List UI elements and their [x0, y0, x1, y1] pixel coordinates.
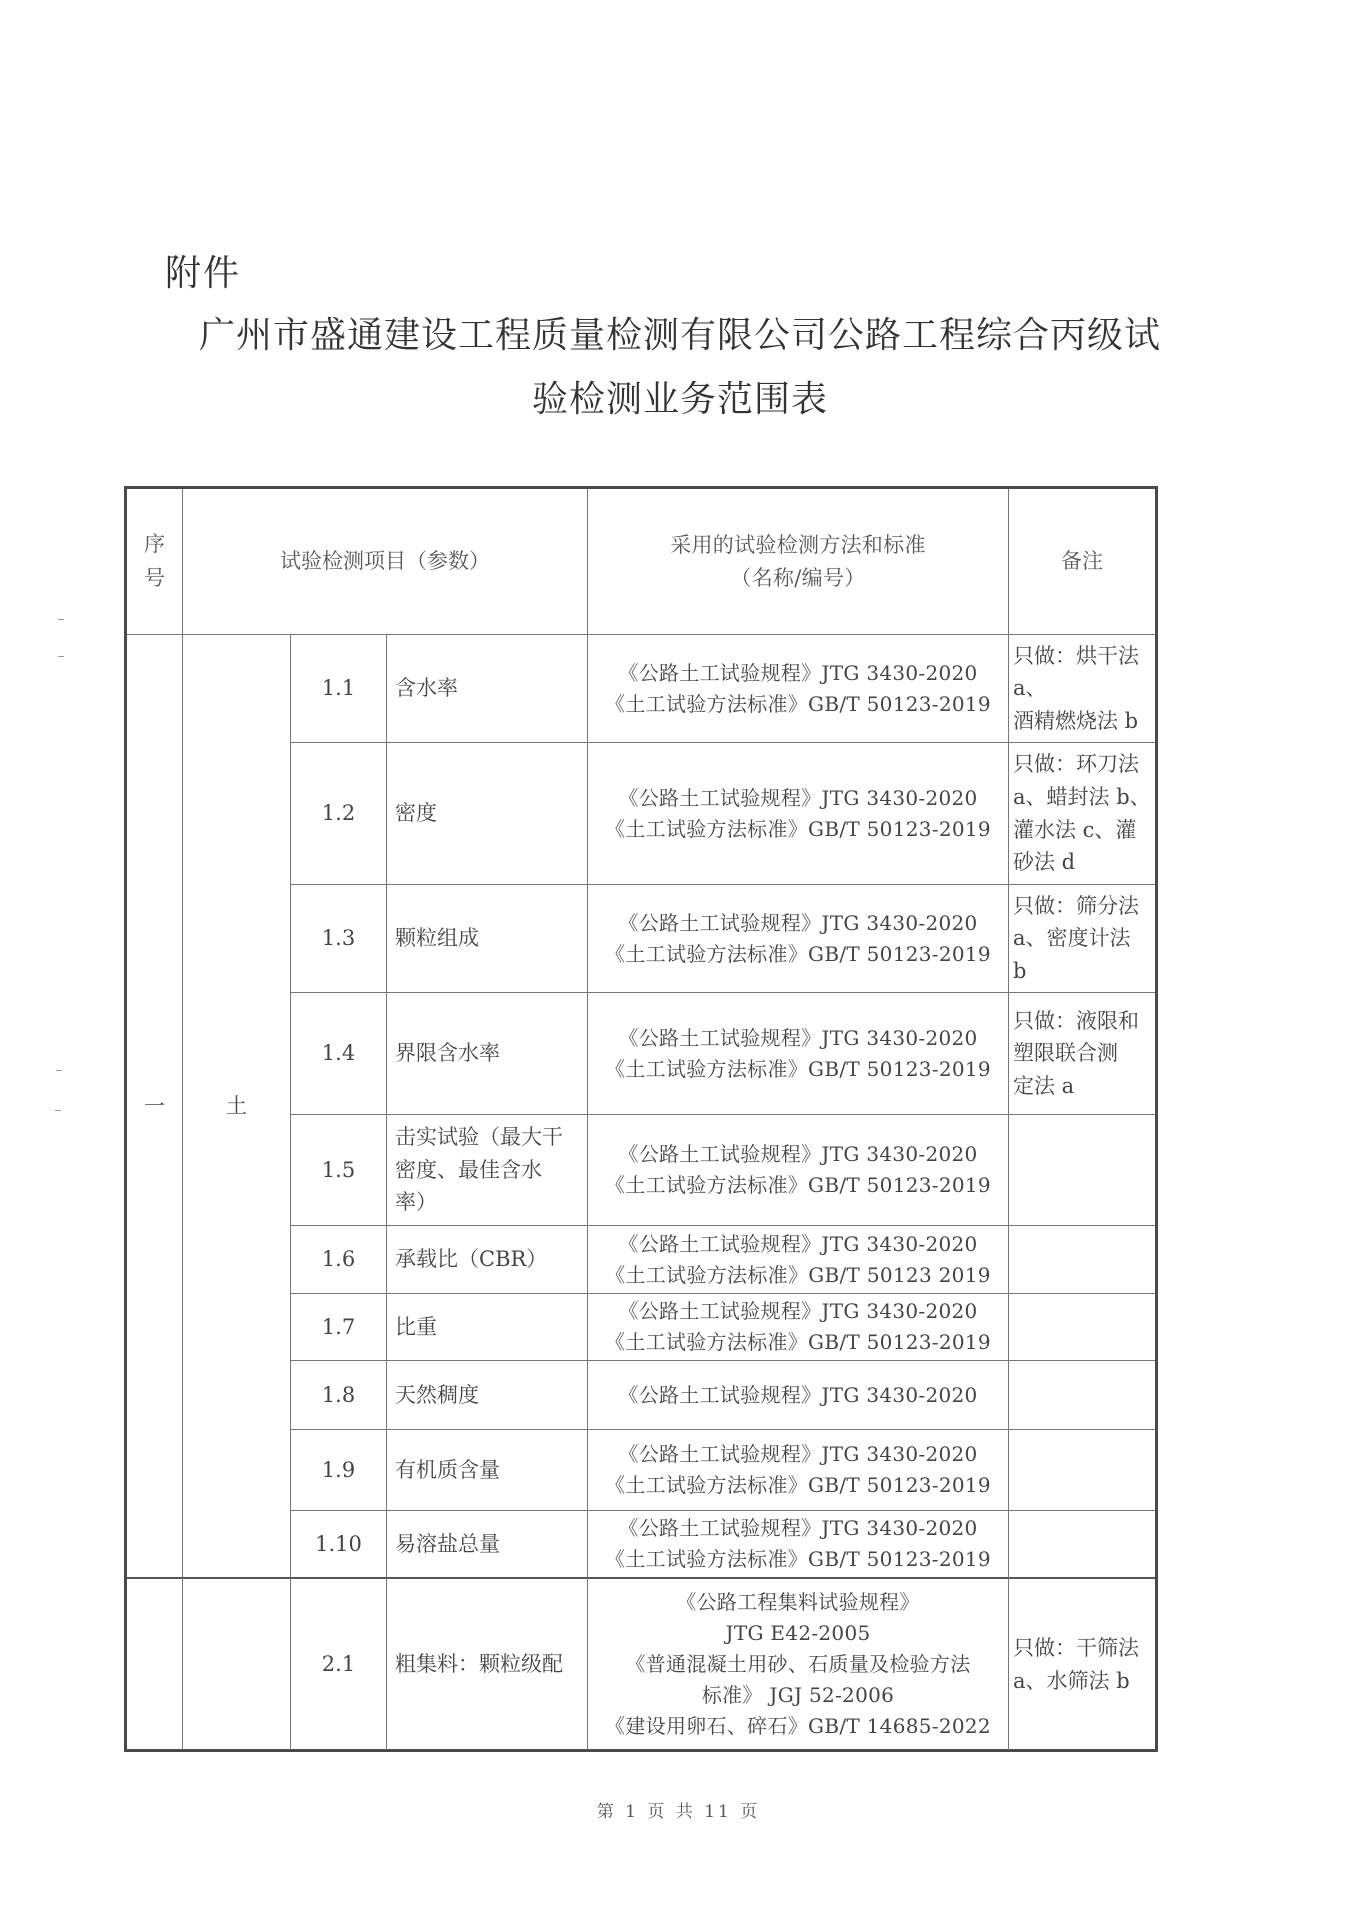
method-standard-line: 《普通混凝土用砂、石质量及检验方法 [625, 1649, 970, 1680]
method-standard-line: 《土工试验方法标准》GB/T 50123-2019 [605, 689, 991, 720]
row-item-name: 天然稠度 [387, 1361, 588, 1430]
method-standard-line: JTG E42-2005 [726, 1618, 871, 1649]
note-line: 灌水法 c、灌 [1013, 814, 1151, 847]
scan-mark [56, 1070, 62, 1071]
scan-mark [58, 619, 64, 620]
row-note [1009, 1294, 1155, 1361]
header-seq-char2: 号 [144, 562, 165, 596]
row-note: 只做：环刀法a、蜡封法 b、灌水法 c、灌砂法 d [1009, 743, 1155, 885]
row-note [1009, 1226, 1155, 1294]
row-method-standard: 《公路土工试验规程》JTG 3430-2020《土工试验方法标准》GB/T 50… [588, 885, 1009, 993]
item-name-line: 界限含水率 [395, 1037, 500, 1070]
row-method-standard: 《公路土工试验规程》JTG 3430-2020《土工试验方法标准》GB/T 50… [588, 993, 1009, 1115]
row-item-name: 承载比（CBR） [387, 1226, 588, 1294]
page-number: 第 1 页 共 11 页 [0, 1797, 1357, 1822]
row-note: 只做：干筛法a、水筛法 b [1009, 1579, 1155, 1750]
header-item-label: 试验检测项目（参数） [280, 545, 490, 578]
header-note-label: 备注 [1061, 545, 1103, 578]
method-standard-line: 《公路土工试验规程》JTG 3430-2020 [618, 783, 977, 814]
row-method-standard: 《公路工程集料试验规程》JTG E42-2005《普通混凝土用砂、石质量及检验方… [588, 1579, 1009, 1750]
item-name-line: 密度 [395, 797, 437, 830]
header-method: 采用的试验检测方法和标准 （名称/编号） [588, 489, 1009, 635]
row-note: 只做：筛分法a、密度计法b [1009, 885, 1155, 993]
row-method-standard: 《公路土工试验规程》JTG 3430-2020《土工试验方法标准》GB/T 50… [588, 1430, 1009, 1511]
note-line: 定法 a [1013, 1070, 1139, 1103]
scan-mark [58, 656, 64, 657]
method-standard-line: 《土工试验方法标准》GB/T 50123-2019 [605, 1054, 991, 1085]
item-name-line: 密度、最佳含水 [395, 1154, 563, 1187]
row-number: 1.2 [291, 743, 387, 885]
row-number: 1.10 [291, 1511, 387, 1579]
row-number-label: 1.9 [322, 1454, 355, 1487]
row-method-standard: 《公路土工试验规程》JTG 3430-2020《土工试验方法标准》GB/T 50… [588, 635, 1009, 743]
row-note: 只做：烘干法a、酒精燃烧法 b [1009, 635, 1155, 743]
scan-mark [55, 1110, 61, 1111]
method-standard-line: 《土工试验方法标准》GB/T 50123-2019 [605, 814, 991, 845]
header-method-line2: （名称/编号） [730, 562, 865, 595]
item-name-line: 天然稠度 [395, 1379, 479, 1412]
note-line: 酒精燃烧法 b [1013, 705, 1139, 738]
item-name-line: 粗集料：颗粒级配 [395, 1648, 563, 1681]
item-name-line: 击实试验（最大干 [395, 1121, 563, 1154]
attachment-label: 附件 [165, 245, 241, 296]
row-item-name: 易溶盐总量 [387, 1511, 588, 1579]
note-line: b [1013, 955, 1139, 988]
row-number-label: 1.1 [322, 672, 355, 705]
row-number-label: 1.5 [322, 1154, 355, 1187]
group-category-2 [183, 1579, 291, 1750]
header-seq-char1: 序 [144, 528, 165, 562]
row-number-label: 1.3 [322, 922, 355, 955]
row-number: 1.1 [291, 635, 387, 743]
group-seq-1-label: 一 [144, 1090, 165, 1123]
method-standard-line: 《建设用卵石、碎石》GB/T 14685-2022 [605, 1711, 991, 1742]
row-method-standard: 《公路土工试验规程》JTG 3430-2020《土工试验方法标准》GB/T 50… [588, 743, 1009, 885]
method-standard-line: 《土工试验方法标准》GB/T 50123-2019 [605, 1470, 991, 1501]
row-method-standard: 《公路土工试验规程》JTG 3430-2020《土工试验方法标准》GB/T 50… [588, 1115, 1009, 1226]
method-standard-line: 《土工试验方法标准》GB/T 50123 2019 [605, 1260, 991, 1291]
row-number: 1.4 [291, 993, 387, 1115]
method-standard-line: 《公路土工试验规程》JTG 3430-2020 [618, 1229, 977, 1260]
item-name-line: 承载比（CBR） [395, 1243, 547, 1276]
note-line: 只做：烘干法 [1013, 640, 1139, 673]
row-number: 1.8 [291, 1361, 387, 1430]
note-line: 只做：筛分法 [1013, 890, 1139, 923]
method-standard-line: 《公路土工试验规程》JTG 3430-2020 [618, 1023, 977, 1054]
row-number-label: 1.2 [322, 797, 355, 830]
header-seq: 序 号 [127, 489, 183, 635]
row-item-name: 界限含水率 [387, 993, 588, 1115]
row-number: 1.5 [291, 1115, 387, 1226]
note-line: 塑限联合测 [1013, 1037, 1139, 1070]
method-standard-line: 《公路土工试验规程》JTG 3430-2020 [618, 658, 977, 689]
header-item: 试验检测项目（参数） [183, 489, 588, 635]
row-number-label: 1.7 [322, 1311, 355, 1344]
row-method-standard: 《公路土工试验规程》JTG 3430-2020 [588, 1361, 1009, 1430]
row-item-name: 比重 [387, 1294, 588, 1361]
row-note [1009, 1430, 1155, 1511]
item-name-line: 有机质含量 [395, 1454, 500, 1487]
row-item-name: 密度 [387, 743, 588, 885]
method-standard-line: 《公路土工试验规程》JTG 3430-2020 [618, 1296, 977, 1327]
row-number-label: 2.1 [322, 1648, 355, 1681]
note-line: 只做：环刀法 [1013, 748, 1151, 781]
method-standard-line: 《土工试验方法标准》GB/T 50123-2019 [605, 939, 991, 970]
row-number: 1.7 [291, 1294, 387, 1361]
row-item-name: 含水率 [387, 635, 588, 743]
method-standard-line: 《公路土工试验规程》JTG 3430-2020 [618, 1513, 977, 1544]
row-method-standard: 《公路土工试验规程》JTG 3430-2020《土工试验方法标准》GB/T 50… [588, 1511, 1009, 1579]
row-method-standard: 《公路土工试验规程》JTG 3430-2020《土工试验方法标准》GB/T 50… [588, 1294, 1009, 1361]
header-note: 备注 [1009, 489, 1155, 635]
row-number: 1.9 [291, 1430, 387, 1511]
header-method-line1: 采用的试验检测方法和标准 [670, 529, 926, 562]
row-number: 1.3 [291, 885, 387, 993]
row-number-label: 1.8 [322, 1379, 355, 1412]
row-note [1009, 1511, 1155, 1579]
row-number-label: 1.6 [322, 1243, 355, 1276]
row-method-standard: 《公路土工试验规程》JTG 3430-2020《土工试验方法标准》GB/T 50… [588, 1226, 1009, 1294]
item-name-line: 比重 [395, 1311, 437, 1344]
group-category-soil-label: 土 [226, 1090, 247, 1123]
group-seq-1: 一 [127, 635, 183, 1579]
row-note [1009, 1361, 1155, 1430]
business-scope-table: 序 号 试验检测项目（参数） 采用的试验检测方法和标准 （名称/编号） 备注 一… [124, 486, 1158, 1752]
row-number: 2.1 [291, 1579, 387, 1750]
row-item-name: 颗粒组成 [387, 885, 588, 993]
group-category-soil: 土 [183, 635, 291, 1579]
row-note: 只做：液限和塑限联合测定法 a [1009, 993, 1155, 1115]
item-name-line: 易溶盐总量 [395, 1528, 500, 1561]
method-standard-line: 《公路土工试验规程》JTG 3430-2020 [618, 1439, 977, 1470]
row-number-label: 1.10 [315, 1528, 362, 1561]
group-seq-2 [127, 1579, 183, 1750]
document-title-line1: 广州市盛通建设工程质量检测有限公司公路工程综合丙级试 [150, 318, 1210, 354]
note-line: a、 [1013, 672, 1139, 705]
item-name-line: 颗粒组成 [395, 922, 479, 955]
note-line: a、水筛法 b [1013, 1665, 1139, 1698]
row-item-name: 粗集料：颗粒级配 [387, 1579, 588, 1750]
row-number-label: 1.4 [322, 1037, 355, 1070]
method-standard-line: 《土工试验方法标准》GB/T 50123-2019 [605, 1170, 991, 1201]
method-standard-line: 《公路土工试验规程》JTG 3430-2020 [618, 1380, 977, 1411]
item-name-line: 率） [395, 1186, 563, 1219]
note-line: 砂法 d [1013, 846, 1151, 879]
note-line: 只做：液限和 [1013, 1005, 1139, 1038]
row-number: 1.6 [291, 1226, 387, 1294]
note-line: a、密度计法 [1013, 922, 1139, 955]
method-standard-line: 《公路土工试验规程》JTG 3430-2020 [618, 1139, 977, 1170]
row-item-name: 击实试验（最大干密度、最佳含水率） [387, 1115, 588, 1226]
item-name-line: 含水率 [395, 672, 458, 705]
method-standard-line: 标准》 JGJ 52-2006 [702, 1680, 894, 1711]
method-standard-line: 《土工试验方法标准》GB/T 50123-2019 [605, 1544, 991, 1575]
note-line: a、蜡封法 b、 [1013, 781, 1151, 814]
row-item-name: 有机质含量 [387, 1430, 588, 1511]
method-standard-line: 《公路工程集料试验规程》 [676, 1587, 920, 1618]
document-title-line2: 验检测业务范围表 [150, 382, 1210, 418]
method-standard-line: 《公路土工试验规程》JTG 3430-2020 [618, 908, 977, 939]
method-standard-line: 《土工试验方法标准》GB/T 50123-2019 [605, 1327, 991, 1358]
note-line: 只做：干筛法 [1013, 1632, 1139, 1665]
row-note [1009, 1115, 1155, 1226]
